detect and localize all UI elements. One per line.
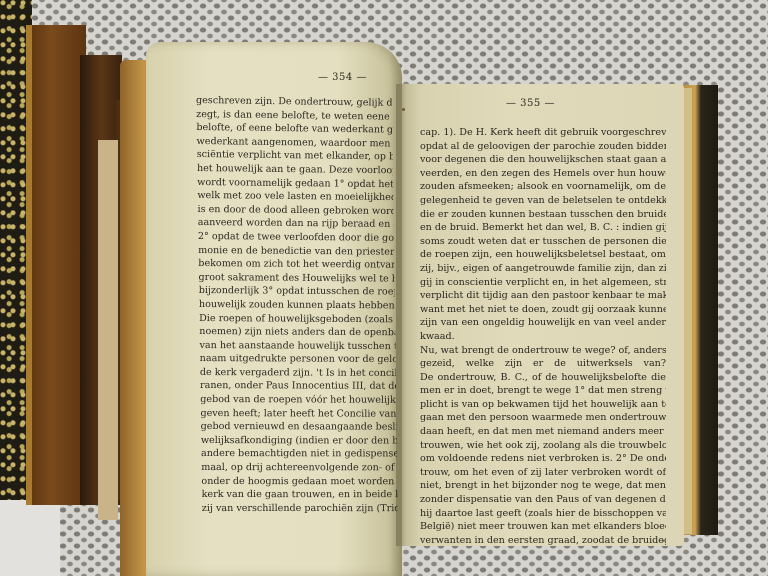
text-line: zouden afsmeeken; alsook en voornamelijk… bbox=[420, 180, 666, 194]
text-line: ranen, onder Paus Innocentius III, dat d… bbox=[200, 379, 396, 393]
text-line: men er in doet, brengt te wege 1° dat me… bbox=[420, 384, 666, 398]
text-line: bijzonderlijk 3° opdat intusschen de roe… bbox=[199, 284, 395, 299]
paper-speck bbox=[402, 108, 405, 111]
text-line: kwaad. bbox=[420, 330, 666, 344]
text-line: 2° opdat de twee verloofden door die god… bbox=[198, 230, 394, 245]
text-line: veerden, en den zegen des Hemels over hu… bbox=[420, 167, 666, 181]
text-line: soms zoudt weten dat er tusschen de pers… bbox=[420, 235, 666, 249]
text-line: onder de hoogmis gedaan moet worden in d… bbox=[201, 475, 397, 489]
text-line: welijksafkondiging (indien er door den b… bbox=[201, 434, 397, 448]
text-line: gebod van de roepen vóór het houwelijk u… bbox=[200, 393, 396, 407]
text-line: Nu, wat brengt de ondertrouw te wege? of… bbox=[420, 344, 666, 358]
text-line: gebod vernieuwd en desaangaande beslist … bbox=[201, 420, 397, 434]
text-line: houwelijk zouden kunnen plaats hebben. bbox=[199, 298, 395, 313]
text-line: opdat al de geloovigen der parochie zoud… bbox=[420, 140, 666, 154]
text-line: gij in conscientie verplicht en, in het … bbox=[420, 276, 666, 290]
background-book-spine bbox=[28, 25, 86, 505]
text-line: noemen) zijn niets anders dan de openbar… bbox=[199, 325, 395, 340]
text-line: niet, brengt in het bijzonder nog te weg… bbox=[420, 479, 666, 493]
text-line: kerk van die gaan trouwen, en in beide k… bbox=[202, 488, 398, 502]
text-line: zonder dispensatie van den Paus of van d… bbox=[420, 493, 666, 507]
text-line: trouw, om het even of zij later verbroke… bbox=[420, 466, 666, 480]
text-line: De ondertrouw, B. C., of de houwelijksbe… bbox=[420, 371, 666, 385]
right-page-number: — 355 — bbox=[506, 98, 555, 109]
text-line: die er zouden kunnen bestaan tusschen de… bbox=[420, 208, 666, 222]
text-line: gaan met den persoon waarmede men ondert… bbox=[420, 411, 666, 425]
text-line: naam uitgedrukte personen voor de geloov… bbox=[200, 352, 396, 367]
text-line: om voldoende redens niet verbroken is. 2… bbox=[420, 452, 666, 466]
left-page-text: geschreven zijn. De ondertrouw, gelijk d… bbox=[202, 94, 398, 515]
text-line: zij, bijv., eigen of aangetrouwde famili… bbox=[420, 262, 666, 276]
text-line: de roepen zijn, een houwelijksbeletsel b… bbox=[420, 248, 666, 262]
right-page-text: cap. 1). De H. Kerk heeft dit gebruik vo… bbox=[420, 126, 666, 547]
background-book-pages bbox=[98, 140, 118, 520]
text-line: trouwen, wie het ook zij, zoolang als di… bbox=[420, 439, 666, 453]
paper-speck bbox=[662, 540, 664, 542]
text-line: maal, op drij achtereenvolgende zon- of … bbox=[201, 461, 397, 475]
text-line: andere bemachtigden niet in gedispenseer… bbox=[201, 447, 397, 461]
text-line: en de bruid. Bemerkt het dan wel, B. C. … bbox=[420, 221, 666, 235]
text-line: België) niet meer trouwen kan met elkand… bbox=[420, 520, 666, 534]
text-line: voor degenen die den houwelijkschen staa… bbox=[420, 153, 666, 167]
text-line: zijn van een ongeldig houwelijk en van v… bbox=[420, 316, 666, 330]
text-line: daan heeft, en dat men met niemand ander… bbox=[420, 425, 666, 439]
text-line: zij van verschillende parochiën zijn (Tr… bbox=[202, 502, 398, 516]
text-line: verplicht dit tijdig aan den pastoor ken… bbox=[420, 289, 666, 303]
text-line: want met het niet te doen, zoudt gij oor… bbox=[420, 303, 666, 317]
text-line: gezeid, welke zijn er de uitwerksels van… bbox=[420, 357, 666, 371]
text-line: hij daartoe last geeft (zoals hier de bi… bbox=[420, 507, 666, 521]
text-line: verwanten in den eersten graad, zoodat d… bbox=[420, 534, 666, 548]
text-line: plicht is van op bekwamen tijd het houwe… bbox=[420, 398, 666, 412]
text-line: bekomen om zich tot het weerdig ontvange… bbox=[198, 257, 394, 272]
text-line: Die roepen of houwelijksgeboden (zoals s… bbox=[199, 312, 395, 327]
left-page-number: — 354 — bbox=[318, 72, 367, 83]
background-book-edge bbox=[26, 25, 32, 505]
text-line: cap. 1). De H. Kerk heeft dit gebruik vo… bbox=[420, 126, 666, 140]
text-line: geven heeft; later heeft het Concilie va… bbox=[200, 407, 396, 421]
text-line: gelegenheid te geven van de beletselen t… bbox=[420, 194, 666, 208]
